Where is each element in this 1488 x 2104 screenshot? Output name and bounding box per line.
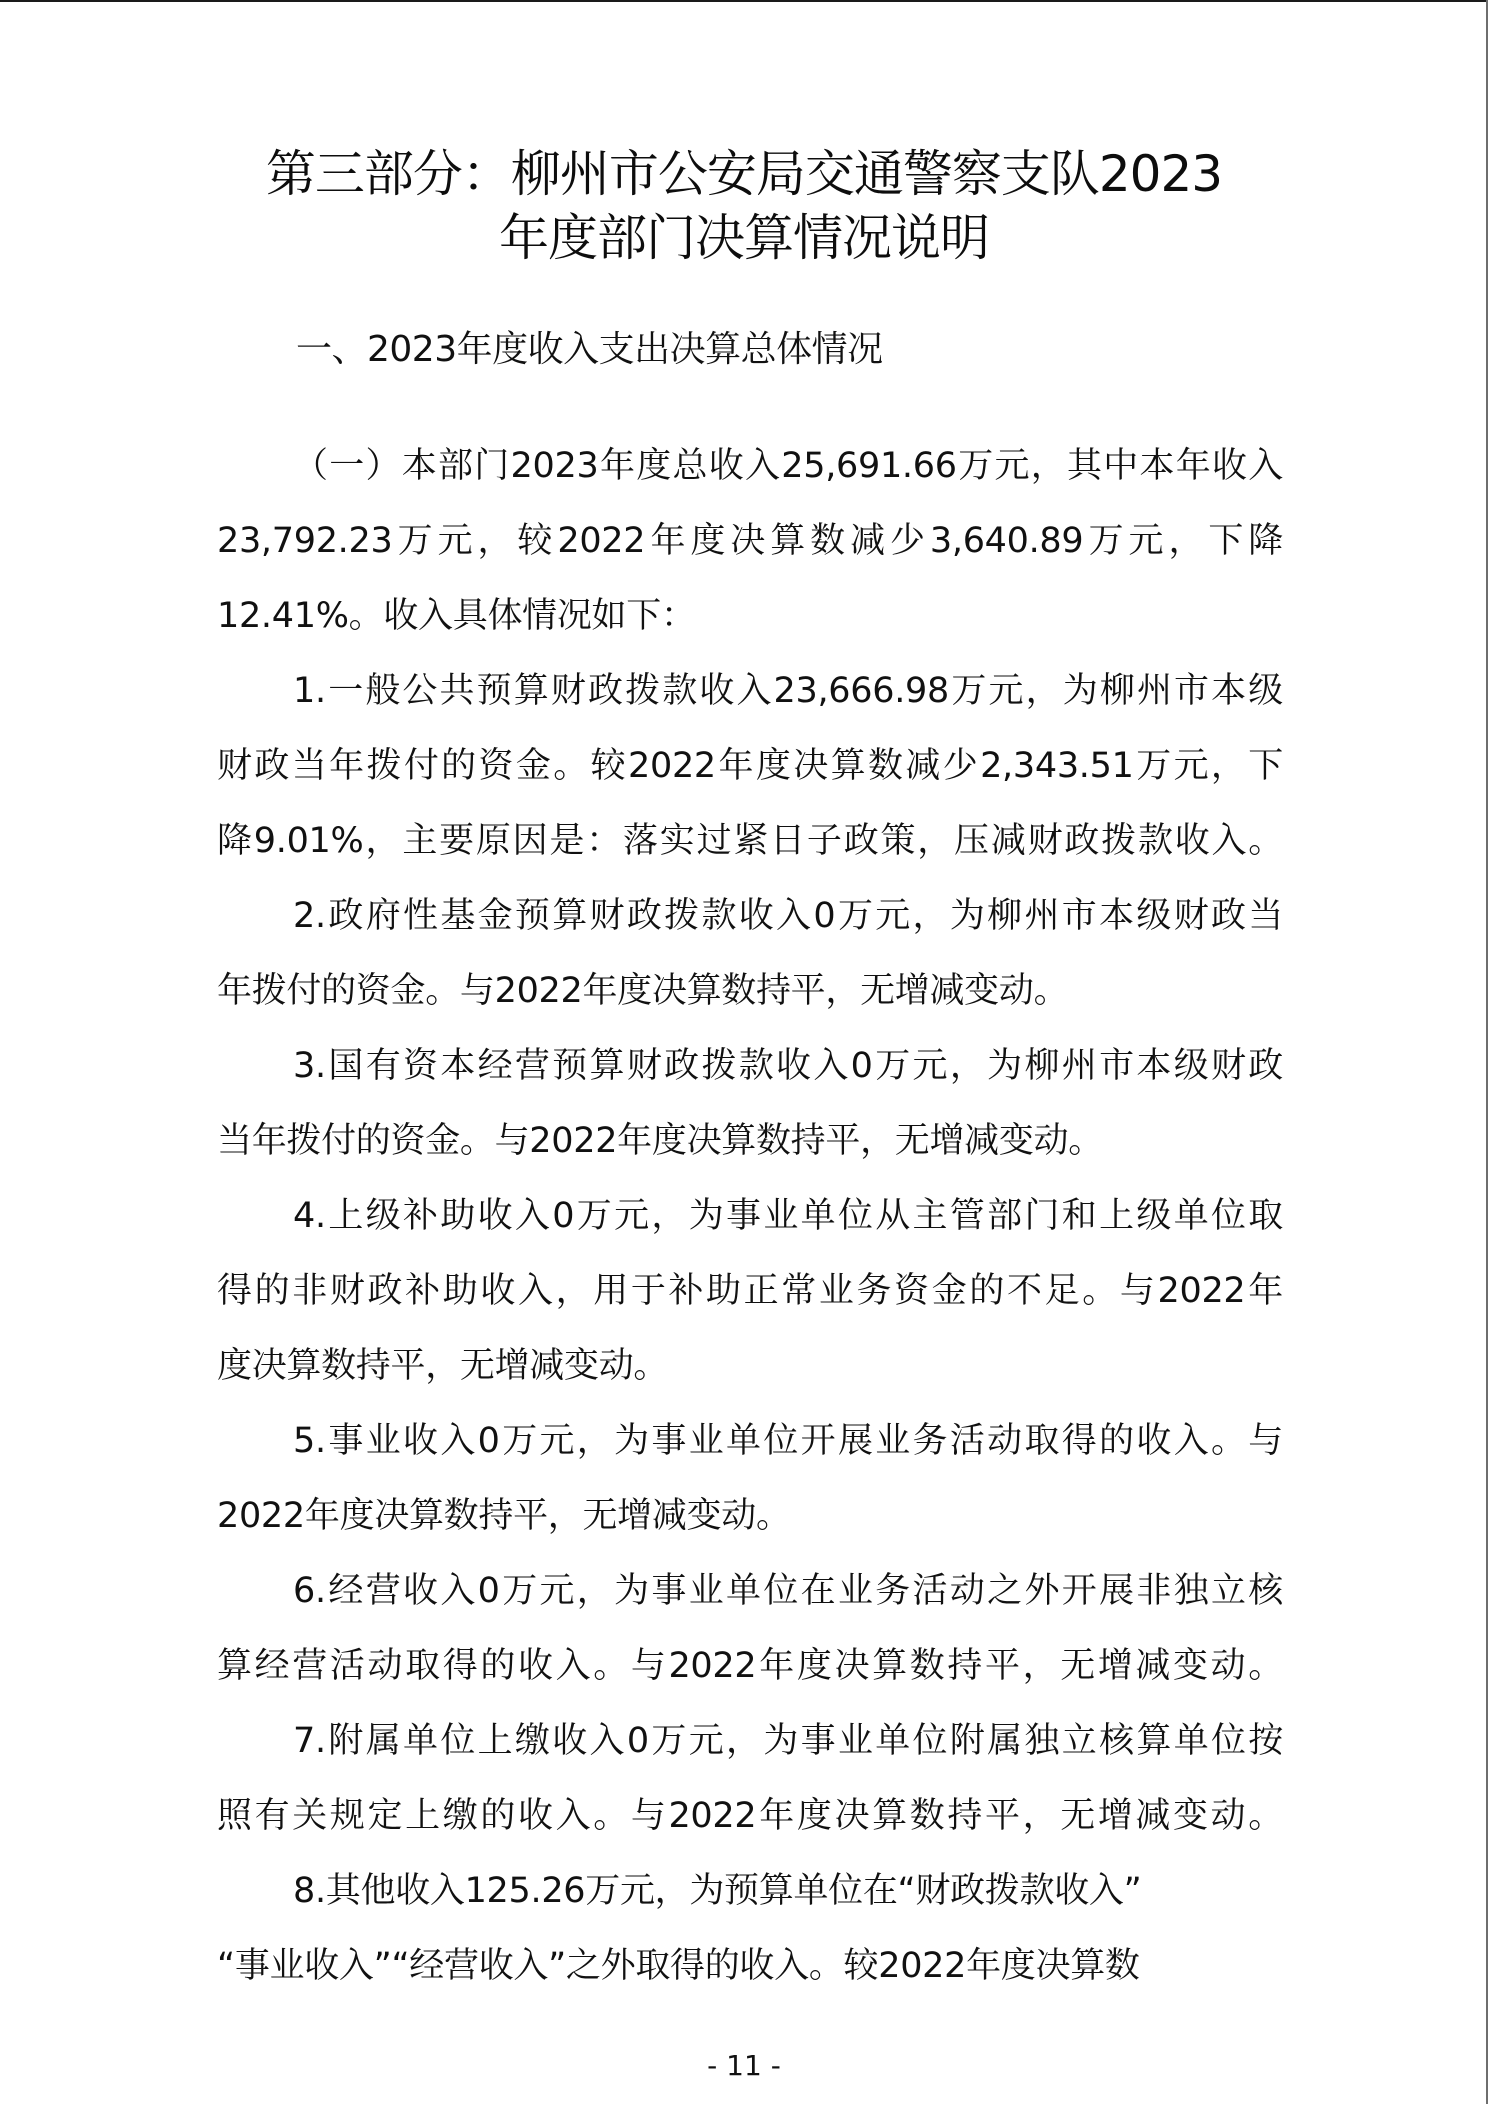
document-title: 第三部分：柳州市公安局交通警察支队2023 年度部门决算情况说明 xyxy=(200,142,1288,270)
paragraph-line: （一）本部门2023年度总收入25,691.66万元，其中本年收入 xyxy=(217,442,1283,517)
paragraph-item-7: 7.附属单位上缴收入0万元，为事业单位附属独立核算单位按 照有关规定上缴的收入。… xyxy=(217,1717,1283,1867)
paragraph-line: 5.事业收入0万元，为事业单位开展业务活动取得的收入。与 xyxy=(217,1417,1283,1492)
paragraph-line: 12.41%。收入具体情况如下： xyxy=(217,592,1283,667)
paragraph-item-2: 2.政府性基金预算财政拨款收入0万元，为柳州市本级财政当 年拨付的资金。与202… xyxy=(217,892,1283,1042)
document-title-line-2: 年度部门决算情况说明 xyxy=(200,206,1288,270)
paragraph-line: 23,792.23万元，较2022年度决算数减少3,640.89万元，下降 xyxy=(217,517,1283,592)
paragraph-line: 算经营活动取得的收入。与2022年度决算数持平，无增减变动。 xyxy=(217,1642,1283,1717)
paragraph-line: 1.一般公共预算财政拨款收入23,666.98万元，为柳州市本级 xyxy=(217,667,1283,742)
paragraph-line: 降9.01%，主要原因是：落实过紧日子政策，压减财政拨款收入。 xyxy=(217,817,1283,892)
paragraph-line: 当年拨付的资金。与2022年度决算数持平，无增减变动。 xyxy=(217,1117,1283,1192)
section-heading: 一、2023年度收入支出决算总体情况 xyxy=(296,326,883,374)
paragraph-line: “事业收入”“经营收入”之外取得的收入。较2022年度决算数 xyxy=(217,1942,1283,2017)
paragraph-line: 4.上级补助收入0万元，为事业单位从主管部门和上级单位取 xyxy=(217,1192,1283,1267)
page-top-border xyxy=(0,0,1488,2)
paragraph-item-1: 1.一般公共预算财政拨款收入23,666.98万元，为柳州市本级 财政当年拨付的… xyxy=(217,667,1283,892)
paragraph-item-8: 8.其他收入125.26万元，为预算单位在“财政拨款收入” “事业收入”“经营收… xyxy=(217,1867,1283,2017)
paragraph-line: 年拨付的资金。与2022年度决算数持平，无增减变动。 xyxy=(217,967,1283,1042)
paragraph-line: 7.附属单位上缴收入0万元，为事业单位附属独立核算单位按 xyxy=(217,1717,1283,1792)
paragraph-item-4: 4.上级补助收入0万元，为事业单位从主管部门和上级单位取 得的非财政补助收入，用… xyxy=(217,1192,1283,1417)
paragraph-line: 6.经营收入0万元，为事业单位在业务活动之外开展非独立核 xyxy=(217,1567,1283,1642)
paragraph-item-3: 3.国有资本经营预算财政拨款收入0万元，为柳州市本级财政 当年拨付的资金。与20… xyxy=(217,1042,1283,1192)
paragraph-item-5: 5.事业收入0万元，为事业单位开展业务活动取得的收入。与 2022年度决算数持平… xyxy=(217,1417,1283,1567)
document-body: （一）本部门2023年度总收入25,691.66万元，其中本年收入 23,792… xyxy=(217,442,1283,2017)
paragraph-line: 得的非财政补助收入，用于补助正常业务资金的不足。与2022年 xyxy=(217,1267,1283,1342)
paragraph-line: 度决算数持平，无增减变动。 xyxy=(217,1342,1283,1417)
paragraph-line: 3.国有资本经营预算财政拨款收入0万元，为柳州市本级财政 xyxy=(217,1042,1283,1117)
paragraph-line: 2.政府性基金预算财政拨款收入0万元，为柳州市本级财政当 xyxy=(217,892,1283,967)
page-number: - 11 - xyxy=(0,2048,1488,2084)
paragraph-item-6: 6.经营收入0万元，为事业单位在业务活动之外开展非独立核 算经营活动取得的收入。… xyxy=(217,1567,1283,1717)
document-title-line-1: 第三部分：柳州市公安局交通警察支队2023 xyxy=(200,142,1288,206)
paragraph-line: 8.其他收入125.26万元，为预算单位在“财政拨款收入” xyxy=(217,1867,1283,1942)
paragraph-line: 财政当年拨付的资金。较2022年度决算数减少2,343.51万元，下 xyxy=(217,742,1283,817)
paragraph-line: 2022年度决算数持平，无增减变动。 xyxy=(217,1492,1283,1567)
paragraph-line: 照有关规定上缴的收入。与2022年度决算数持平，无增减变动。 xyxy=(217,1792,1283,1867)
paragraph-overview: （一）本部门2023年度总收入25,691.66万元，其中本年收入 23,792… xyxy=(217,442,1283,667)
